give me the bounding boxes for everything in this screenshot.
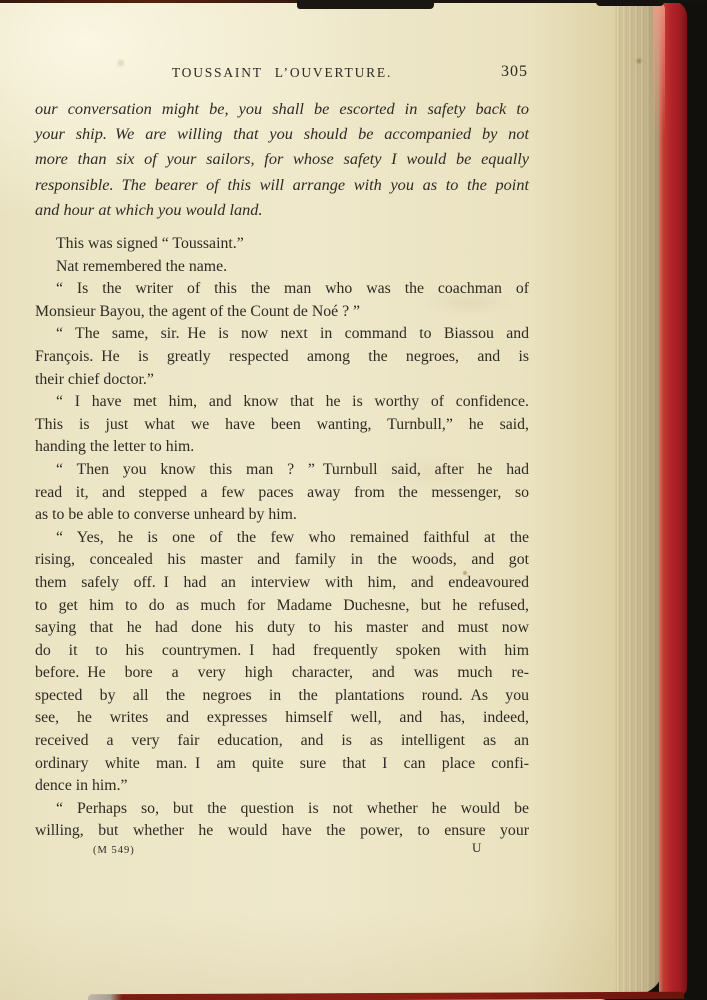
page-number: 305 xyxy=(501,63,528,81)
text-line: “ The same, sir. He is now next in comma… xyxy=(35,323,529,346)
book-cover-edge xyxy=(659,1,687,997)
text-line: rising, concealed his master and family … xyxy=(35,549,529,572)
paragraph: This was signed “ Toussaint.” xyxy=(35,233,529,256)
text-line: your ship. We are willing that you shoul… xyxy=(35,121,529,146)
text-line: to get him to do as much for Madame Duch… xyxy=(35,595,529,618)
text-line: “ Yes, he is one of the few who remained… xyxy=(35,527,529,550)
text-line: Monsieur Bayou, the agent of the Count d… xyxy=(35,301,529,324)
text-line: willing, but whether he would have the p… xyxy=(35,820,529,843)
text-line: as to be able to converse unheard by him… xyxy=(35,504,529,527)
text-line: dence in him.” xyxy=(35,775,529,798)
text-line: saying that he had done his duty to his … xyxy=(35,617,529,640)
text-line: see, he writes and expresses himself wel… xyxy=(35,707,529,730)
text-line: read it, and stepped a few paces away fr… xyxy=(35,482,529,505)
paragraph: “ The same, sir. He is now next in comma… xyxy=(35,323,529,391)
text-line: “ Perhaps so, but the question is not wh… xyxy=(35,798,529,821)
photo-top-edge-right xyxy=(596,0,664,6)
book-cover-bottom-edge xyxy=(88,992,684,1000)
printer-mark: (M 549) xyxy=(93,845,135,856)
paragraph: “ I have met him, and know that he is wo… xyxy=(35,391,529,459)
text-line: their chief doctor.” xyxy=(35,369,529,392)
text-line: before. He bore a very high character, a… xyxy=(35,662,529,685)
text-line: received a very fair education, and is a… xyxy=(35,730,529,753)
photo-top-notch xyxy=(297,0,434,9)
text-line: Nat remembered the name. xyxy=(35,256,529,279)
text-line: more than six of your sailors, for whose… xyxy=(35,146,529,171)
signature-mark: U xyxy=(472,840,481,856)
paragraph: “ Is the writer of this the man who was … xyxy=(35,278,529,323)
text-line: “ Is the writer of this the man who was … xyxy=(35,278,529,301)
page-body: This was signed “ Toussaint.”Nat remembe… xyxy=(35,233,529,843)
text-line: do it to his countrymen. I had frequentl… xyxy=(35,640,529,663)
letter-excerpt: our conversation might be, you shall be … xyxy=(35,96,529,222)
text-line: and hour at which you would land. xyxy=(35,197,529,222)
text-line: them safely off. I had an interview with… xyxy=(35,572,529,595)
page-header: TOUSSAINT L’OUVERTURE. 305 xyxy=(35,65,529,81)
text-line: spected by all the negroes in the planta… xyxy=(35,685,529,708)
book-fore-edge-pages xyxy=(611,2,664,995)
paragraph: Nat remembered the name. xyxy=(35,256,529,279)
book-page: TOUSSAINT L’OUVERTURE. 305 our conversat… xyxy=(0,3,615,1000)
text-line: “ I have met him, and know that he is wo… xyxy=(35,391,529,414)
paragraph: “ Then you know this man ? ” Turnbull sa… xyxy=(35,459,529,527)
paragraph: “ Yes, he is one of the few who remained… xyxy=(35,527,529,798)
text-line: François. He is greatly respected among … xyxy=(35,346,529,369)
text-line: our conversation might be, you shall be … xyxy=(35,96,529,121)
text-line: ordinary white man. I am quite sure that… xyxy=(35,753,529,776)
book-photo: TOUSSAINT L’OUVERTURE. 305 our conversat… xyxy=(0,0,707,1000)
text-line: This is just what we have been wanting, … xyxy=(35,414,529,437)
cover-edge-highlight xyxy=(653,3,665,138)
page-specks xyxy=(0,0,2,2)
text-line: handing the letter to him. xyxy=(35,436,529,459)
paragraph: “ Perhaps so, but the question is not wh… xyxy=(35,798,529,843)
running-title: TOUSSAINT L’OUVERTURE. xyxy=(35,65,529,81)
text-line: “ Then you know this man ? ” Turnbull sa… xyxy=(35,459,529,482)
text-line: responsible. The bearer of this will arr… xyxy=(35,172,529,197)
text-line: This was signed “ Toussaint.” xyxy=(35,233,529,256)
